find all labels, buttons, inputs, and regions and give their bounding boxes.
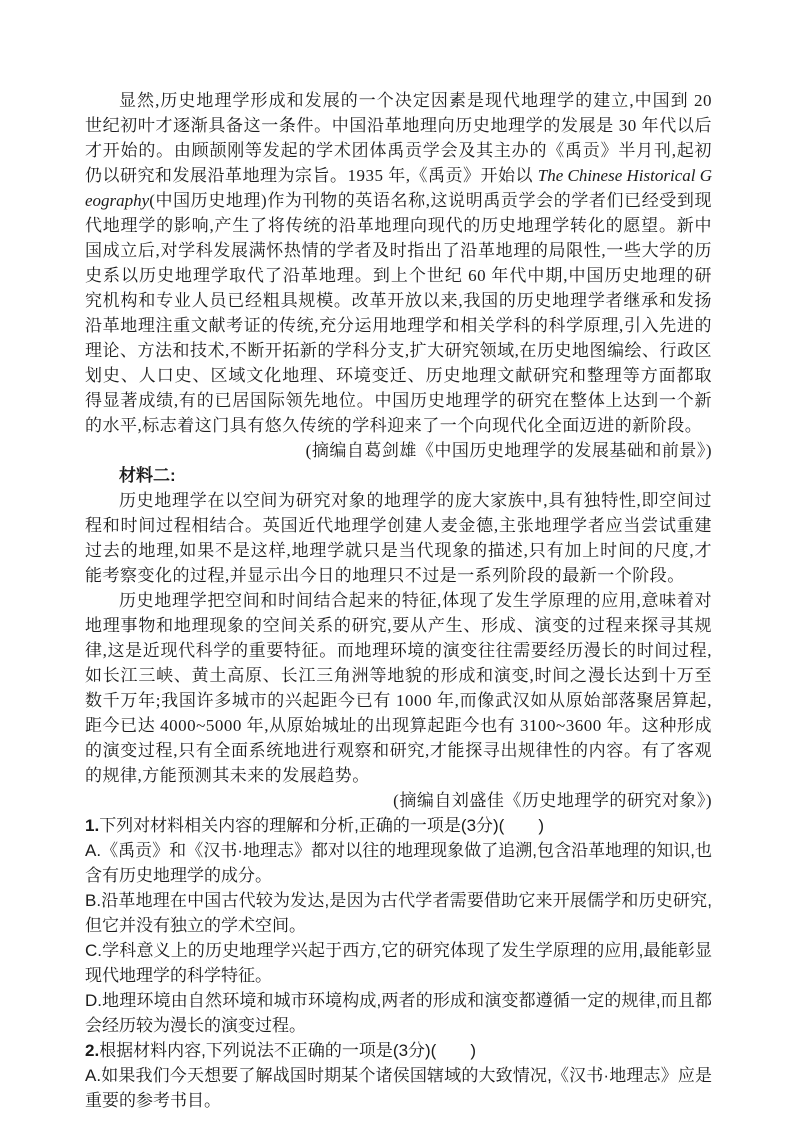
- question-1-option-b: B.沿革地理在中国古代较为发达,是因为古代学者需要借助它来开展儒学和历史研究,但…: [85, 888, 712, 938]
- question-1-option-d: D.地理环境由自然环境和城市环境构成,两者的形成和演变都遵循一定的规律,而且都会…: [85, 988, 712, 1038]
- exam-page: 显然,历史地理学形成和发展的一个决定因素是现代地理学的建立,中国到 20 世纪初…: [0, 0, 794, 1123]
- question-1-stem-text: 下列对材料相关内容的理解和分析,正确的一项是(3分)( ): [99, 816, 544, 835]
- question-2: 2.根据材料内容,下列说法不正确的一项是(3分)( ) A.如果我们今天想要了解…: [85, 1038, 712, 1113]
- page-content: 显然,历史地理学形成和发展的一个决定因素是现代地理学的建立,中国到 20 世纪初…: [85, 88, 712, 1113]
- material2-heading: 材料二:: [85, 463, 712, 488]
- question-1-number: 1.: [85, 816, 99, 835]
- question-2-option-a: A.如果我们今天想要了解战国时期某个诸侯国辖域的大致情况,《汉书·地理志》应是重…: [85, 1063, 712, 1113]
- material2-citation: (摘编自刘盛佳《历史地理学的研究对象》): [85, 788, 712, 813]
- question-1-option-a: A.《禹贡》和《汉书·地理志》都对以往的地理现象做了追溯,包含沿革地理的知识,也…: [85, 838, 712, 888]
- question-2-stem: 2.根据材料内容,下列说法不正确的一项是(3分)( ): [85, 1038, 712, 1063]
- material2-paragraph-2: 历史地理学把空间和时间结合起来的特征,体现了发生学原理的应用,意味着对地理事物和…: [85, 588, 712, 788]
- question-1-option-c: C.学科意义上的历史地理学兴起于西方,它的研究体现了发生学原理的应用,最能彰显现…: [85, 938, 712, 988]
- material1-paragraph: 显然,历史地理学形成和发展的一个决定因素是现代地理学的建立,中国到 20 世纪初…: [85, 88, 712, 438]
- material1-citation: (摘编自葛剑雄《中国历史地理学的发展基础和前景》): [85, 438, 712, 463]
- question-2-stem-text: 根据材料内容,下列说法不正确的一项是(3分)( ): [99, 1041, 476, 1060]
- question-1: 1.下列对材料相关内容的理解和分析,正确的一项是(3分)( ) A.《禹贡》和《…: [85, 813, 712, 1038]
- material2-paragraph-1: 历史地理学在以空间为研究对象的地理学的庞大家族中,具有独特性,即空间过程和时间过…: [85, 488, 712, 588]
- question-1-stem: 1.下列对材料相关内容的理解和分析,正确的一项是(3分)( ): [85, 813, 712, 838]
- material1-text-end: (中国历史地理)作为刊物的英语名称,这说明禹贡学会的学者们已经受到现代地理学的影…: [85, 191, 712, 435]
- question-2-number: 2.: [85, 1041, 99, 1060]
